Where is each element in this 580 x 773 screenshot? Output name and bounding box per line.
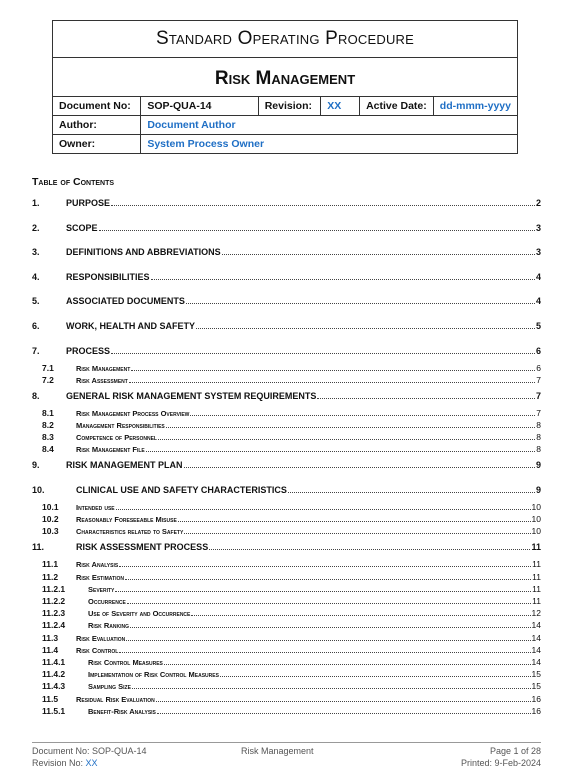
toc-entry-number: 11.4 bbox=[32, 645, 76, 655]
toc-entry-title[interactable]: Residual Risk Evaluation bbox=[76, 695, 155, 704]
toc-entry-page[interactable]: 15 bbox=[532, 669, 541, 679]
toc-entry[interactable]: 11.2.4Risk Ranking14 bbox=[32, 620, 541, 630]
toc-dot-leader bbox=[191, 615, 530, 616]
toc-entry-title[interactable]: Risk Management File bbox=[76, 445, 145, 454]
author-value: Document Author bbox=[141, 116, 517, 135]
document-meta-table: Document No: SOP-QUA-14 Revision: XX Act… bbox=[53, 97, 517, 153]
toc-entry-number: 11.1 bbox=[32, 559, 76, 569]
toc-dot-leader bbox=[129, 382, 535, 383]
toc-entry[interactable]: 10.CLINICAL USE AND SAFETY CHARACTERISTI… bbox=[32, 485, 541, 495]
toc-entry[interactable]: 10.1Intended use10 bbox=[32, 502, 541, 512]
toc-entry-number: 8. bbox=[32, 391, 66, 401]
toc-dot-leader bbox=[317, 398, 535, 399]
toc-entry-page[interactable]: 8 bbox=[536, 444, 541, 454]
toc-entry-title[interactable]: DEFINITIONS AND ABBREVIATIONS bbox=[66, 247, 221, 257]
toc-entry-title[interactable]: PROCESS bbox=[66, 346, 110, 356]
toc-entry-title[interactable]: RISK ASSESSMENT PROCESS bbox=[76, 542, 208, 552]
toc-entry[interactable]: 2.SCOPE3 bbox=[32, 223, 541, 233]
toc-entry-title[interactable]: Risk Control bbox=[76, 646, 118, 655]
toc-entry[interactable]: 11.4.3Sampling Size15 bbox=[32, 681, 541, 691]
toc-entry[interactable]: 3.DEFINITIONS AND ABBREVIATIONS3 bbox=[32, 247, 541, 257]
toc-entry-page[interactable]: 5 bbox=[536, 321, 541, 331]
toc-entry-number: 3. bbox=[32, 247, 66, 257]
toc-entry-page[interactable]: 14 bbox=[532, 620, 541, 630]
toc-dot-leader bbox=[126, 640, 530, 641]
toc-entry-page[interactable]: 3 bbox=[536, 223, 541, 233]
toc-entry[interactable]: 8.GENERAL RISK MANAGEMENT SYSTEM REQUIRE… bbox=[32, 391, 541, 401]
toc-entry[interactable]: 8.4Risk Management File8 bbox=[32, 444, 541, 454]
toc-entry-page[interactable]: 16 bbox=[532, 694, 541, 704]
document-no-label: Document No: bbox=[53, 97, 141, 116]
toc-entry-title[interactable]: ASSOCIATED DOCUMENTS bbox=[66, 296, 185, 306]
toc-entry[interactable]: 11.RISK ASSESSMENT PROCESS11 bbox=[32, 542, 541, 552]
toc-entry-title[interactable]: WORK, HEALTH AND SAFETY bbox=[66, 321, 195, 331]
toc-entry-number: 7. bbox=[32, 346, 66, 356]
toc-entry-title[interactable]: Management Responsibilities bbox=[76, 421, 165, 430]
toc-dot-leader bbox=[111, 205, 535, 206]
toc-dot-leader bbox=[184, 467, 535, 468]
toc-entry-title[interactable]: Characteristics related to Safety bbox=[76, 527, 183, 536]
toc-entry[interactable]: 11.3Risk Evaluation14 bbox=[32, 633, 541, 643]
toc-entry[interactable]: 11.2.1Severity11 bbox=[32, 584, 541, 594]
toc-entry[interactable]: 11.4.2Implementation of Risk Control Mea… bbox=[32, 669, 541, 679]
toc-dot-leader bbox=[157, 713, 531, 714]
toc-entry[interactable]: 1.PURPOSE2 bbox=[32, 198, 541, 208]
revision-value: XX bbox=[321, 97, 360, 116]
toc-entry-title[interactable]: Benefit-Risk Analysis bbox=[88, 707, 156, 716]
toc-entry-title[interactable]: Risk Evaluation bbox=[76, 634, 125, 643]
toc-dot-leader bbox=[116, 509, 531, 510]
document-title: Risk Management bbox=[53, 58, 517, 97]
toc-entry-page[interactable]: 7 bbox=[536, 391, 541, 401]
toc-entry-number: 11.2.1 bbox=[32, 584, 88, 594]
toc-dot-leader bbox=[209, 549, 530, 550]
toc-entry-number: 11.4.3 bbox=[32, 681, 88, 691]
toc-dot-leader bbox=[196, 328, 535, 329]
toc-dot-leader bbox=[131, 370, 535, 371]
toc-entry-page[interactable]: 3 bbox=[536, 247, 541, 257]
toc-dot-leader bbox=[119, 566, 531, 567]
toc-entry[interactable]: 6.WORK, HEALTH AND SAFETY5 bbox=[32, 321, 541, 331]
footer-page: Page 1 of 28 bbox=[490, 746, 541, 756]
toc-entry-number: 9. bbox=[32, 460, 66, 470]
toc-entry-number: 11.2 bbox=[32, 572, 76, 582]
toc-entry[interactable]: 10.3Characteristics related to Safety10 bbox=[32, 526, 541, 536]
toc-entry-page[interactable]: 4 bbox=[536, 272, 541, 282]
toc-entry-page[interactable]: 7 bbox=[536, 408, 541, 418]
toc-entry-title[interactable]: Intended use bbox=[76, 503, 115, 512]
toc-entry-title[interactable]: RESPONSIBILITIES bbox=[66, 272, 150, 282]
toc-dot-leader bbox=[132, 688, 531, 689]
toc-entry-number: 11.5 bbox=[32, 694, 76, 704]
toc-dot-leader bbox=[130, 627, 531, 628]
toc-entry-page[interactable]: 9 bbox=[536, 460, 541, 470]
toc-dot-leader bbox=[111, 353, 535, 354]
toc-entry-page[interactable]: 7 bbox=[536, 375, 541, 385]
toc-entry[interactable]: 11.5Residual Risk Evaluation16 bbox=[32, 694, 541, 704]
toc-entry-number: 7.1 bbox=[32, 363, 76, 373]
toc-entry-title[interactable]: Use of Severity and Occurrence bbox=[88, 609, 190, 618]
toc-entry-page[interactable]: 16 bbox=[532, 706, 541, 716]
toc-entry-page[interactable]: 12 bbox=[532, 608, 541, 618]
toc-dot-leader bbox=[190, 415, 535, 416]
toc-entry-page[interactable]: 14 bbox=[532, 657, 541, 667]
toc-dot-leader bbox=[222, 254, 535, 255]
footer-revision-value: XX bbox=[86, 758, 98, 768]
toc-dot-leader bbox=[184, 533, 530, 534]
toc-entry[interactable]: 11.4.1Risk Control Measures14 bbox=[32, 657, 541, 667]
owner-label: Owner: bbox=[53, 135, 141, 154]
toc-entry-page[interactable]: 15 bbox=[532, 681, 541, 691]
toc-dot-leader bbox=[125, 579, 531, 580]
toc-entry-number: 6. bbox=[32, 321, 66, 331]
footer-printed: Printed: 9-Feb-2024 bbox=[461, 758, 541, 768]
toc-dot-leader bbox=[178, 521, 531, 522]
toc-dot-leader bbox=[115, 591, 531, 592]
toc-entry-title[interactable]: Competence of Personnel bbox=[76, 433, 157, 442]
toc-entry[interactable]: 11.4Risk Control14 bbox=[32, 645, 541, 655]
toc-entry-number: 4. bbox=[32, 272, 66, 282]
toc-entry-page[interactable]: 2 bbox=[536, 198, 541, 208]
document-type-title: Standard Operating Procedure bbox=[53, 21, 517, 58]
toc-entry-number: 11.4.1 bbox=[32, 657, 88, 667]
toc-dot-leader bbox=[288, 492, 535, 493]
toc-entry-page[interactable]: 10 bbox=[532, 502, 541, 512]
toc-entry-number: 7.2 bbox=[32, 375, 76, 385]
toc-entry-number: 1. bbox=[32, 198, 66, 208]
toc-entry-number: 10. bbox=[32, 485, 76, 495]
toc-entry[interactable]: 11.2.3Use of Severity and Occurrence12 bbox=[32, 608, 541, 618]
toc-entry-page[interactable]: 11 bbox=[531, 542, 541, 552]
toc-dot-leader bbox=[151, 279, 535, 280]
toc-entry[interactable]: 10.2Reasonably Foreseeable Misuse10 bbox=[32, 514, 541, 524]
toc-entry-title[interactable]: Risk Management Process Overview bbox=[76, 409, 189, 418]
footer-title: Risk Management bbox=[241, 746, 314, 756]
revision-label: Revision: bbox=[258, 97, 321, 116]
toc-entry-title[interactable]: Implementation of Risk Control Measures bbox=[88, 670, 219, 679]
toc-entry-title[interactable]: Risk Assessment bbox=[76, 376, 128, 385]
toc-entry-number: 11. bbox=[32, 542, 76, 552]
toc-entry-page[interactable]: 8 bbox=[536, 432, 541, 442]
toc-heading: Table of Contents bbox=[32, 176, 114, 188]
toc-entry-title[interactable]: Risk Control Measures bbox=[88, 658, 163, 667]
toc-entry-number: 11.2.3 bbox=[32, 608, 88, 618]
toc-entry-number: 11.2.4 bbox=[32, 620, 88, 630]
toc-entry-number: 10.2 bbox=[32, 514, 76, 524]
toc-entry-number: 10.1 bbox=[32, 502, 76, 512]
toc-entry-page[interactable]: 10 bbox=[532, 526, 541, 536]
toc-entry-number: 11.4.2 bbox=[32, 669, 88, 679]
toc-entry-title[interactable]: RISK MANAGEMENT PLAN bbox=[66, 460, 183, 470]
toc-entry-title[interactable]: PURPOSE bbox=[66, 198, 110, 208]
toc-entry-title[interactable]: Severity bbox=[88, 585, 114, 594]
toc-dot-leader bbox=[220, 676, 531, 677]
toc-entry-page[interactable]: 9 bbox=[536, 485, 541, 495]
toc-entry-title[interactable]: GENERAL RISK MANAGEMENT SYSTEM REQUIREME… bbox=[66, 391, 316, 401]
author-label: Author: bbox=[53, 116, 141, 135]
toc-entry-page[interactable]: 8 bbox=[536, 420, 541, 430]
toc-entry-number: 8.1 bbox=[32, 408, 76, 418]
toc-entry-page[interactable]: 11 bbox=[532, 559, 541, 569]
toc-entry-page[interactable]: 11 bbox=[532, 584, 541, 594]
toc-entry-page[interactable]: 14 bbox=[532, 633, 541, 643]
toc-entry-number: 11.2.2 bbox=[32, 596, 88, 606]
active-date-label: Active Date: bbox=[360, 97, 434, 116]
owner-value: System Process Owner bbox=[141, 135, 517, 154]
toc-entry-title[interactable]: Risk Ranking bbox=[88, 621, 129, 630]
toc-entry-number: 8.4 bbox=[32, 444, 76, 454]
toc-entry-number: 11.3 bbox=[32, 633, 76, 643]
toc-dot-leader bbox=[156, 701, 531, 702]
footer-revision-label: Revision No: bbox=[32, 758, 86, 768]
toc-entry[interactable]: 5.ASSOCIATED DOCUMENTS4 bbox=[32, 296, 541, 306]
toc-dot-leader bbox=[146, 451, 536, 452]
toc-dot-leader bbox=[99, 230, 535, 231]
toc-entry[interactable]: 9.RISK MANAGEMENT PLAN9 bbox=[32, 460, 541, 470]
toc-entry-title[interactable]: SCOPE bbox=[66, 223, 98, 233]
toc-entry-number: 2. bbox=[32, 223, 66, 233]
toc-entry-title[interactable]: Sampling Size bbox=[88, 682, 131, 691]
toc-entry-title[interactable]: CLINICAL USE AND SAFETY CHARACTERISTICS bbox=[76, 485, 287, 495]
toc-entry[interactable]: 8.1Risk Management Process Overview7 bbox=[32, 408, 541, 418]
toc-entry[interactable]: 8.2Management Responsibilities8 bbox=[32, 420, 541, 430]
toc-entry-page[interactable]: 11 bbox=[532, 572, 541, 582]
toc-entry[interactable]: 4.RESPONSIBILITIES4 bbox=[32, 272, 541, 282]
toc-entry[interactable]: 7.2Risk Assessment7 bbox=[32, 375, 541, 385]
footer-divider bbox=[32, 742, 541, 743]
document-no-value: SOP-QUA-14 bbox=[141, 97, 258, 116]
toc-dot-leader bbox=[164, 664, 531, 665]
toc-entry[interactable]: 11.2Risk Estimation11 bbox=[32, 572, 541, 582]
toc-entry-page[interactable]: 14 bbox=[532, 645, 541, 655]
toc-entry-page[interactable]: 6 bbox=[536, 363, 541, 373]
toc-entry[interactable]: 7.PROCESS6 bbox=[32, 346, 541, 356]
toc-dot-leader bbox=[166, 427, 536, 428]
toc-entry-page[interactable]: 6 bbox=[536, 346, 541, 356]
toc-entry[interactable]: 7.1Risk Management6 bbox=[32, 363, 541, 373]
footer-revision: Revision No: XX bbox=[32, 758, 98, 768]
toc-dot-leader bbox=[186, 303, 535, 304]
toc-dot-leader bbox=[158, 439, 535, 440]
toc-entry-title[interactable]: Risk Management bbox=[76, 364, 130, 373]
toc-entry-number: 11.5.1 bbox=[32, 706, 88, 716]
active-date-value: dd-mmm-yyyy bbox=[433, 97, 517, 116]
footer-document-no: Document No: SOP-QUA-14 bbox=[32, 746, 147, 756]
toc-dot-leader bbox=[119, 652, 530, 653]
toc-entry-title[interactable]: Occurrence bbox=[88, 597, 126, 606]
toc-entry[interactable]: 8.3Competence of Personnel8 bbox=[32, 432, 541, 442]
toc-entry-number: 10.3 bbox=[32, 526, 76, 536]
toc-entry-title[interactable]: Risk Analysis bbox=[76, 560, 118, 569]
toc-entry-page[interactable]: 4 bbox=[536, 296, 541, 306]
toc-entry-page[interactable]: 10 bbox=[532, 514, 541, 524]
toc-entry[interactable]: 11.5.1Benefit-Risk Analysis16 bbox=[32, 706, 541, 716]
toc-entry-number: 5. bbox=[32, 296, 66, 306]
toc-entry-title[interactable]: Risk Estimation bbox=[76, 573, 124, 582]
toc-entry-number: 8.2 bbox=[32, 420, 76, 430]
toc-entry-page[interactable]: 11 bbox=[532, 596, 541, 606]
toc-entry-number: 8.3 bbox=[32, 432, 76, 442]
toc-entry[interactable]: 11.2.2Occurrence11 bbox=[32, 596, 541, 606]
document-header-table: Standard Operating Procedure Risk Manage… bbox=[52, 20, 518, 154]
toc-dot-leader bbox=[127, 603, 531, 604]
toc-entry[interactable]: 11.1Risk Analysis11 bbox=[32, 559, 541, 569]
toc-entry-title[interactable]: Reasonably Foreseeable Misuse bbox=[76, 515, 177, 524]
